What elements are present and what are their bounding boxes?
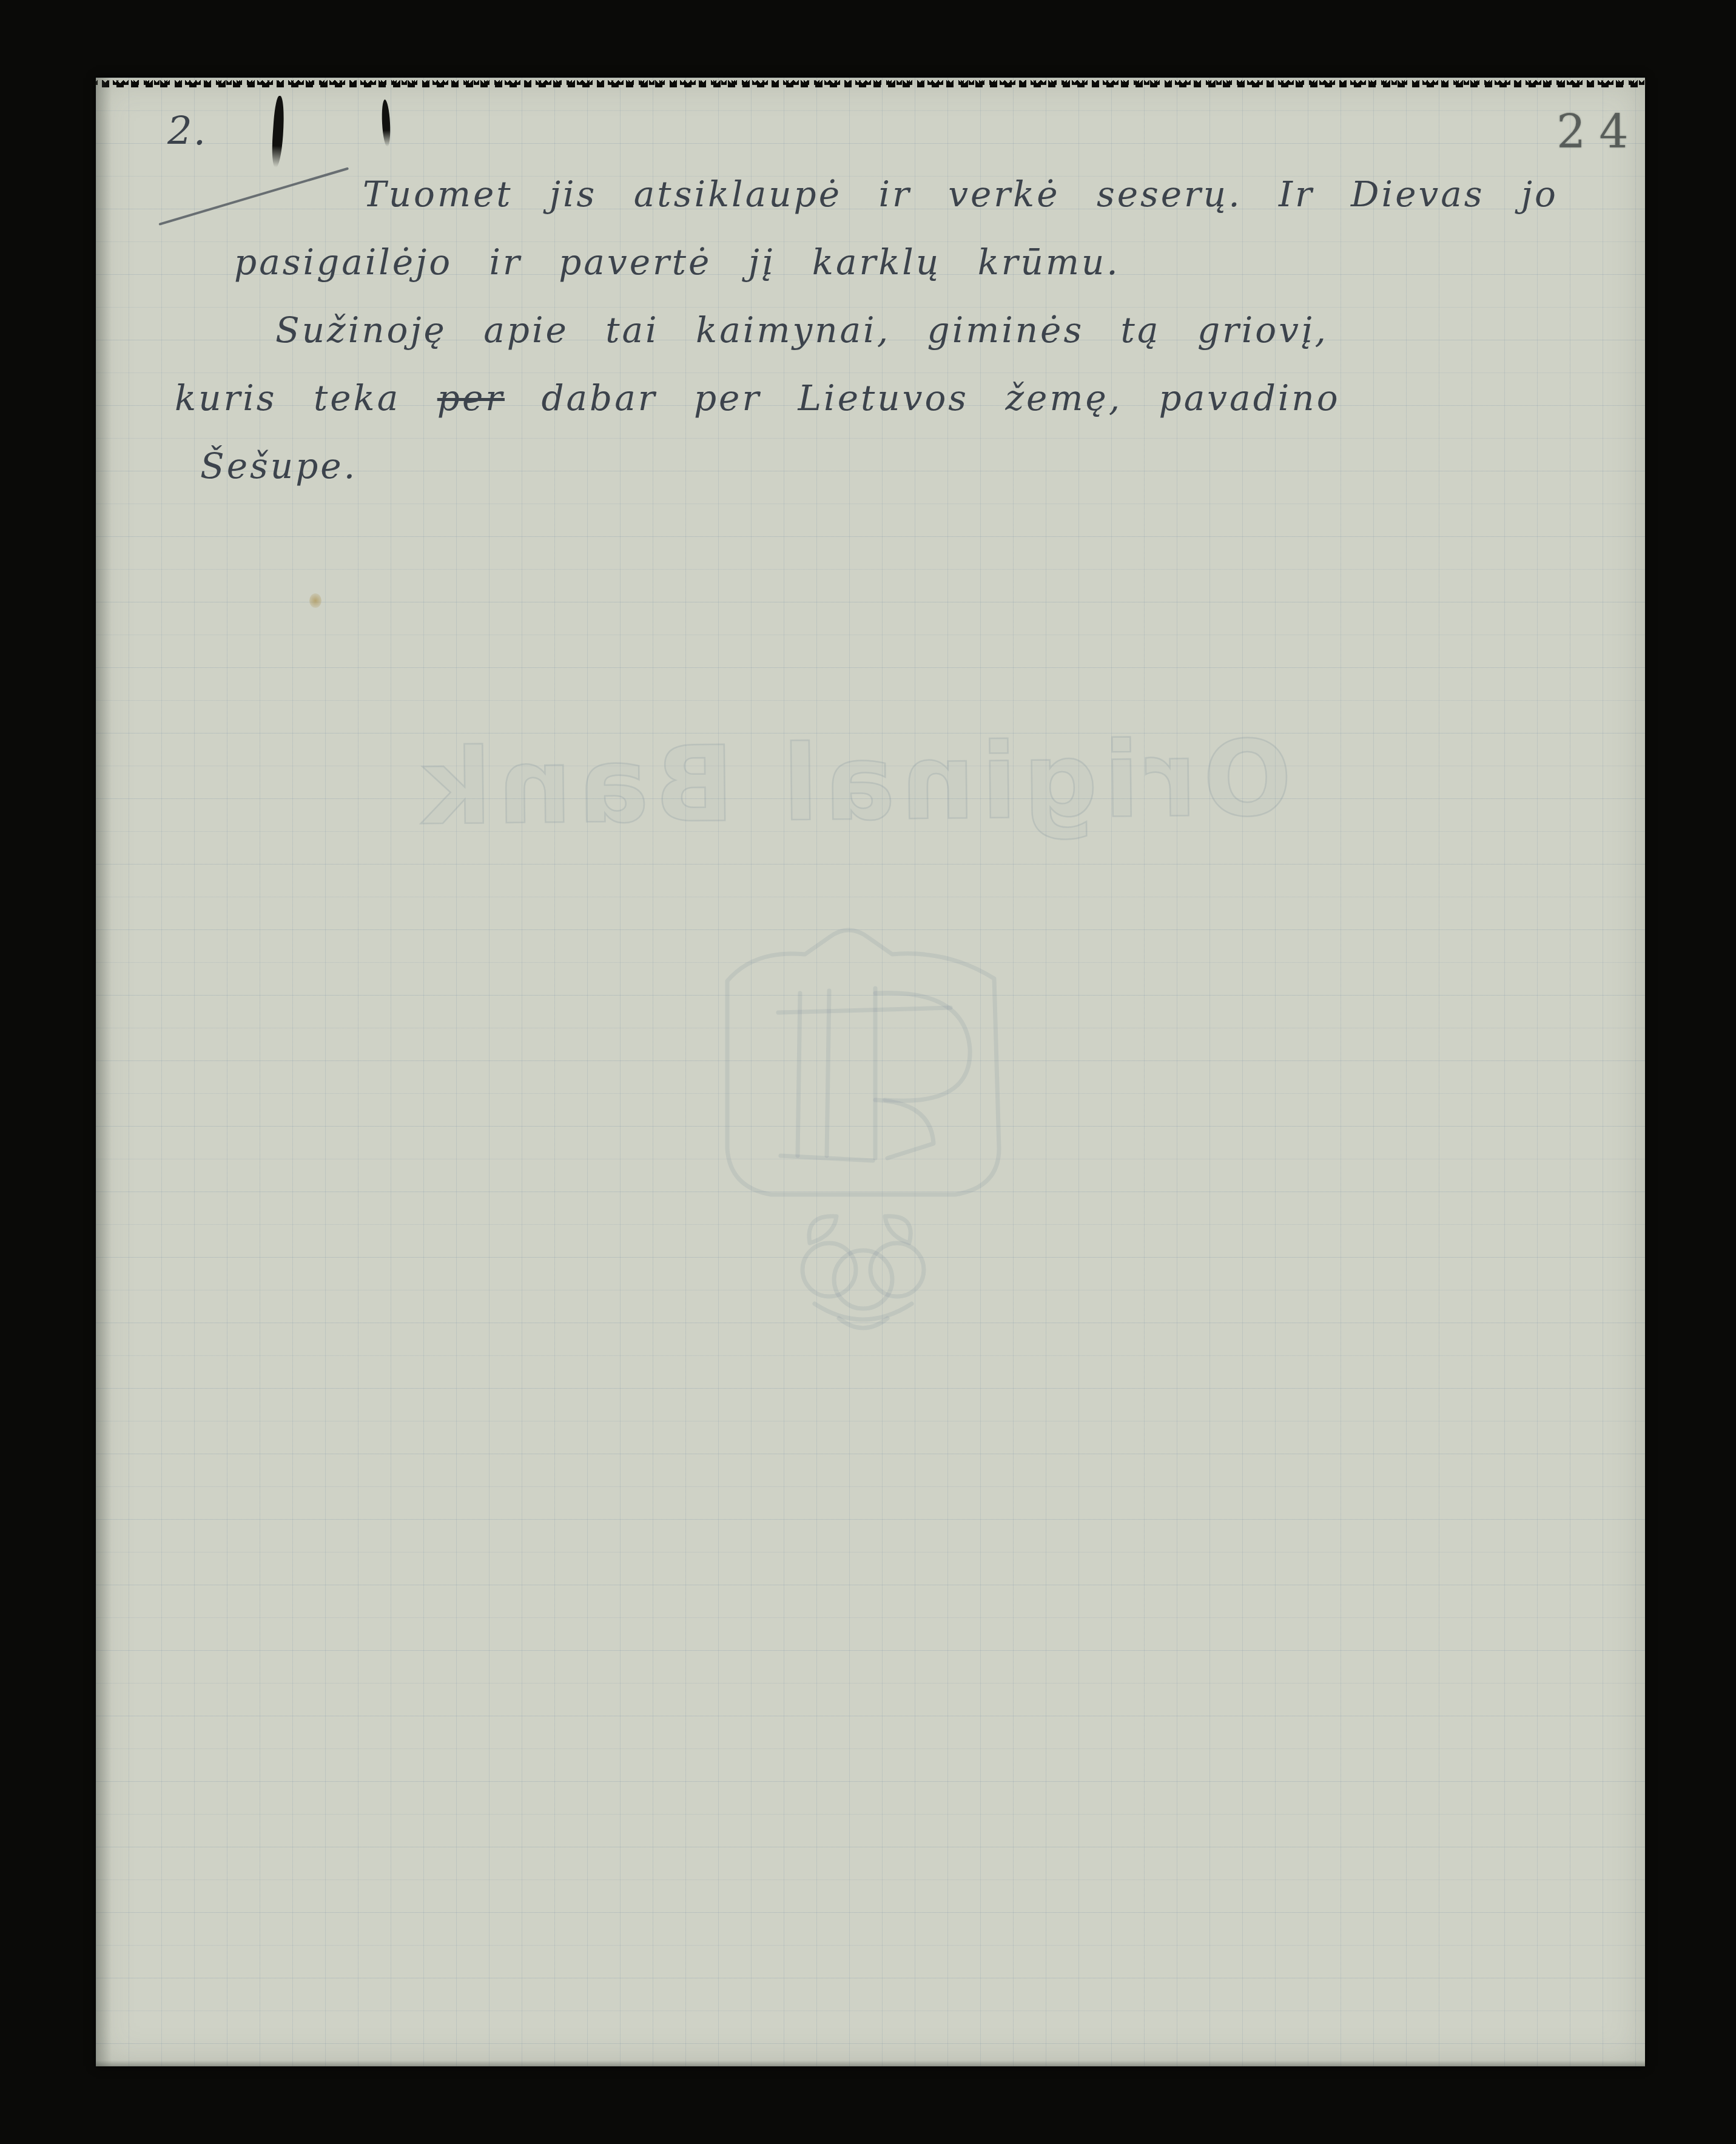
manuscript-text-block: Tuomet jis atsiklaupė ir verkė seserų. I… — [96, 160, 1645, 500]
bank-crest-watermark-icon — [693, 918, 1033, 1415]
paper-bottom-edge-shadow — [96, 2060, 1645, 2066]
ink-blot-mark — [271, 96, 286, 168]
crossed-out-word: per — [437, 377, 505, 419]
scanned-manuscript-page: 2. 24 Tuomet jis atsiklaupė ir verkė ses… — [0, 0, 1736, 2144]
torn-top-edge — [95, 76, 1646, 89]
handwritten-page-number: 2. — [167, 109, 207, 154]
handwritten-page-number-text: 2. — [167, 109, 207, 154]
manuscript-line: Sužinoję apie tai kaimynai, giminės tą g… — [275, 296, 1645, 364]
manuscript-line-segment: kuris teka — [175, 377, 437, 419]
watermark-text-mirrored: Original Bank — [411, 717, 1297, 848]
manuscript-line-segment: dabar per Lietuvos žemę, pavadino — [505, 377, 1341, 419]
manuscript-line: kuris teka per dabar per Lietuvos žemę, … — [175, 364, 1645, 432]
graph-paper-sheet: 2. 24 Tuomet jis atsiklaupė ir verkė ses… — [96, 78, 1645, 2066]
manuscript-line: Šešupe. — [200, 432, 1645, 500]
manuscript-line: Tuomet jis atsiklaupė ir verkė seserų. I… — [363, 160, 1645, 228]
manuscript-line: pasigailėjo ir pavertė jį karklų krūmu. — [234, 228, 1645, 296]
paper-stain — [309, 593, 321, 608]
ink-blot-mark — [381, 99, 391, 147]
stamped-folio-number: 24 — [1556, 104, 1642, 158]
